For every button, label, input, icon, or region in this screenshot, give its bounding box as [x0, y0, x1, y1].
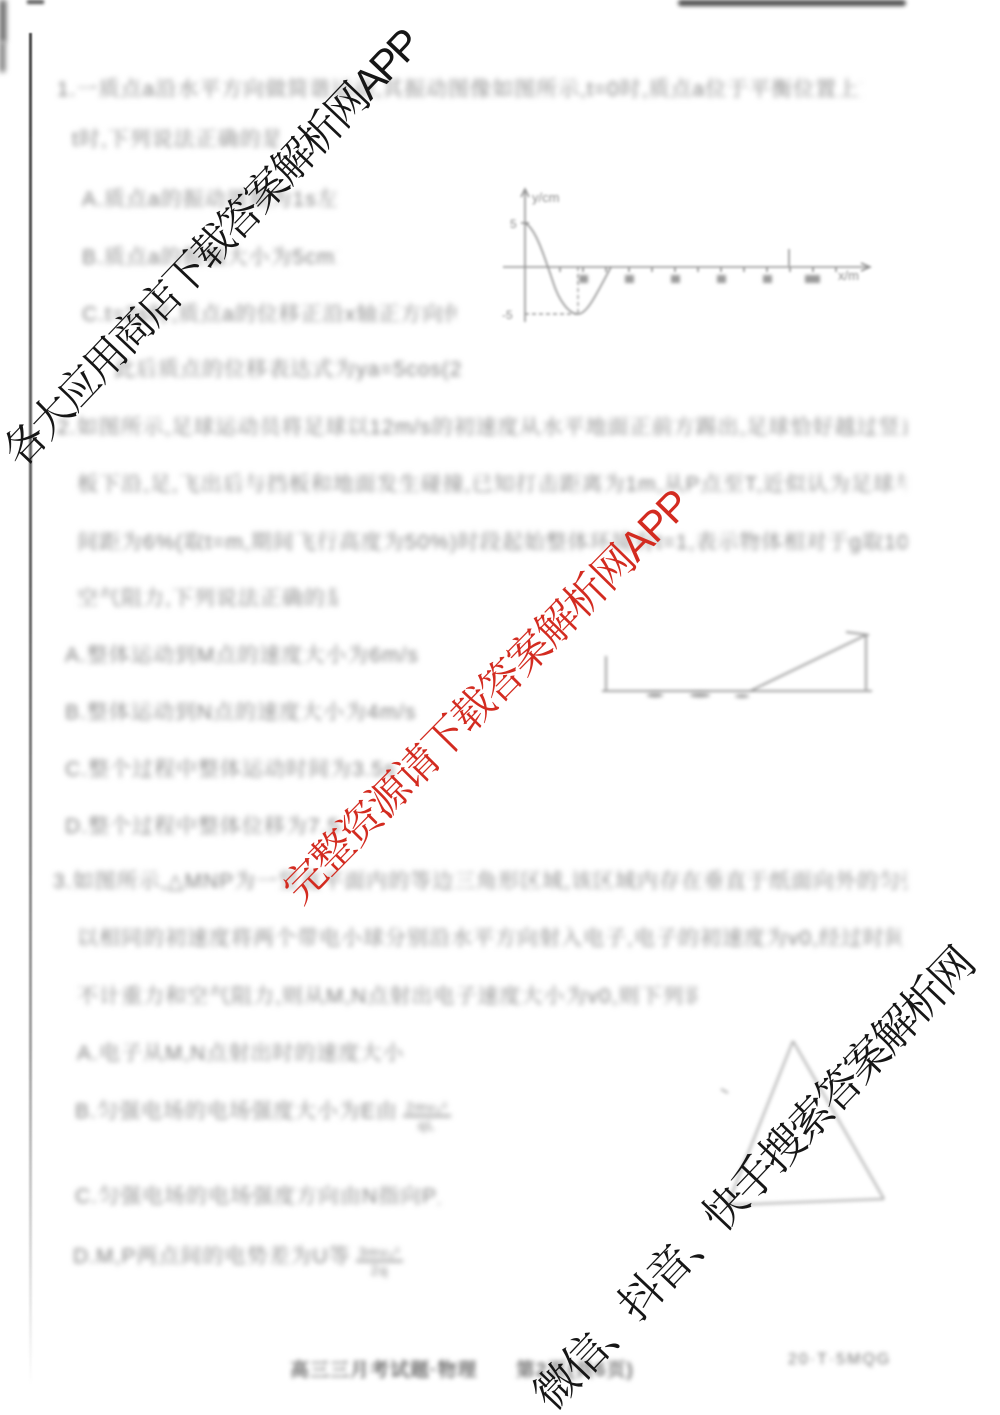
- question-1-formula-line: 此后质点的位移表达式为ya=5cos(2πt)cm左右数值: [114, 356, 462, 386]
- question-2-option-b: B.整体运动到N点的速度大小为4m/s: [65, 699, 427, 729]
- question-2-option-a: A.整体运动到M点的速度大小为6m/s: [65, 642, 417, 672]
- question-1-line-1: 1.一质点a沿水平方向做简谐运动,其振动图像如图所示,t=0时,质点a位于平衡位…: [57, 76, 862, 106]
- scan-smudge-top-left: [27, 0, 44, 4]
- scan-smudge-top-right: [678, 0, 906, 6]
- question-3-line-3: 不计重力和空气阻力,则从M,N点射出电子速度大小为v0,则下列说法正确的是: [77, 983, 697, 1013]
- question-3-line-2: 以相同的初速度将两个带电小球分别沿水平方向射入电子,电子的初速度为v0,经过时间…: [77, 925, 902, 955]
- question-2-line-3: 间距为6%(取t=m,期间飞行高度为50%)时段起始整体环境有t=1,表示物体相…: [77, 529, 907, 559]
- scanned-exam-page: 1.一质点a沿水平方向做简谐运动,其振动图像如图所示,t=0时,质点a位于平衡位…: [0, 0, 1000, 1415]
- fraction-numerator: 2mv₀²: [403, 1100, 451, 1117]
- question-3-option-b-text: B.匀强电场的电场强度大小为E由: [75, 1100, 398, 1123]
- question-3-option-d: D.M,P两点间的电势差为U等3mv₀²2q: [73, 1243, 403, 1291]
- question-2-line-4: 空气阻力,下列说法正确的是: [77, 585, 337, 615]
- fraction: 2mv₀²qL: [403, 1100, 451, 1132]
- wave-graph-ymin-tick: -5: [502, 308, 513, 322]
- scan-smudge-left-line: [0, 0, 6, 42]
- wave-graph-ymax-tick: 5: [510, 217, 517, 231]
- question-3-option-a: A.电子从M,N点射出时的速度大小为2v0: [77, 1040, 405, 1070]
- question-3-option-b: B.匀强电场的电场强度大小为E由2mv₀²qL: [75, 1098, 475, 1146]
- scan-smudge-left-line: [0, 42, 5, 72]
- fraction: 3mv₀²2q: [356, 1245, 404, 1277]
- question-2-line-2: 板下沿,足,飞出后与挡板和地面发生碰撞,已知打击距离为1m,从P点至T,近似认为…: [77, 471, 907, 501]
- fraction-denominator: 2q: [356, 1262, 404, 1277]
- page-fold-line: [29, 33, 32, 1385]
- question-3-line-1: 3.如图所示,△MNP为一竖直平面内的等边三角形区域,该区域内存在垂直于纸面向外…: [53, 868, 907, 898]
- wave-graph-figure: y/cm x/m 5 -5: [495, 182, 895, 332]
- fraction-denominator: qL: [403, 1117, 451, 1132]
- question-3-option-d-text: D.M,P两点间的电势差为U等: [73, 1245, 351, 1268]
- incline-figure: [590, 618, 880, 708]
- fraction-numerator: 3mv₀²: [356, 1245, 404, 1262]
- wave-graph-x-axis-label: x/m: [838, 268, 859, 283]
- wave-graph-y-axis-label: y/cm: [532, 190, 559, 205]
- question-2-line-1: 2.如图所示,足球运动员将足球以12m/s的初速度从水平地面正前方踢出,足球恰好…: [57, 414, 907, 444]
- question-3-option-c: C.匀强电场的电场强度方向由N指向P点方向: [75, 1183, 440, 1213]
- footer-exam-title: 高三三月考试题·物理: [290, 1357, 490, 1387]
- question-1-line-2: t时,下列说法正确的是: [72, 126, 278, 156]
- footer-code: 20·T·5MQG: [788, 1346, 933, 1376]
